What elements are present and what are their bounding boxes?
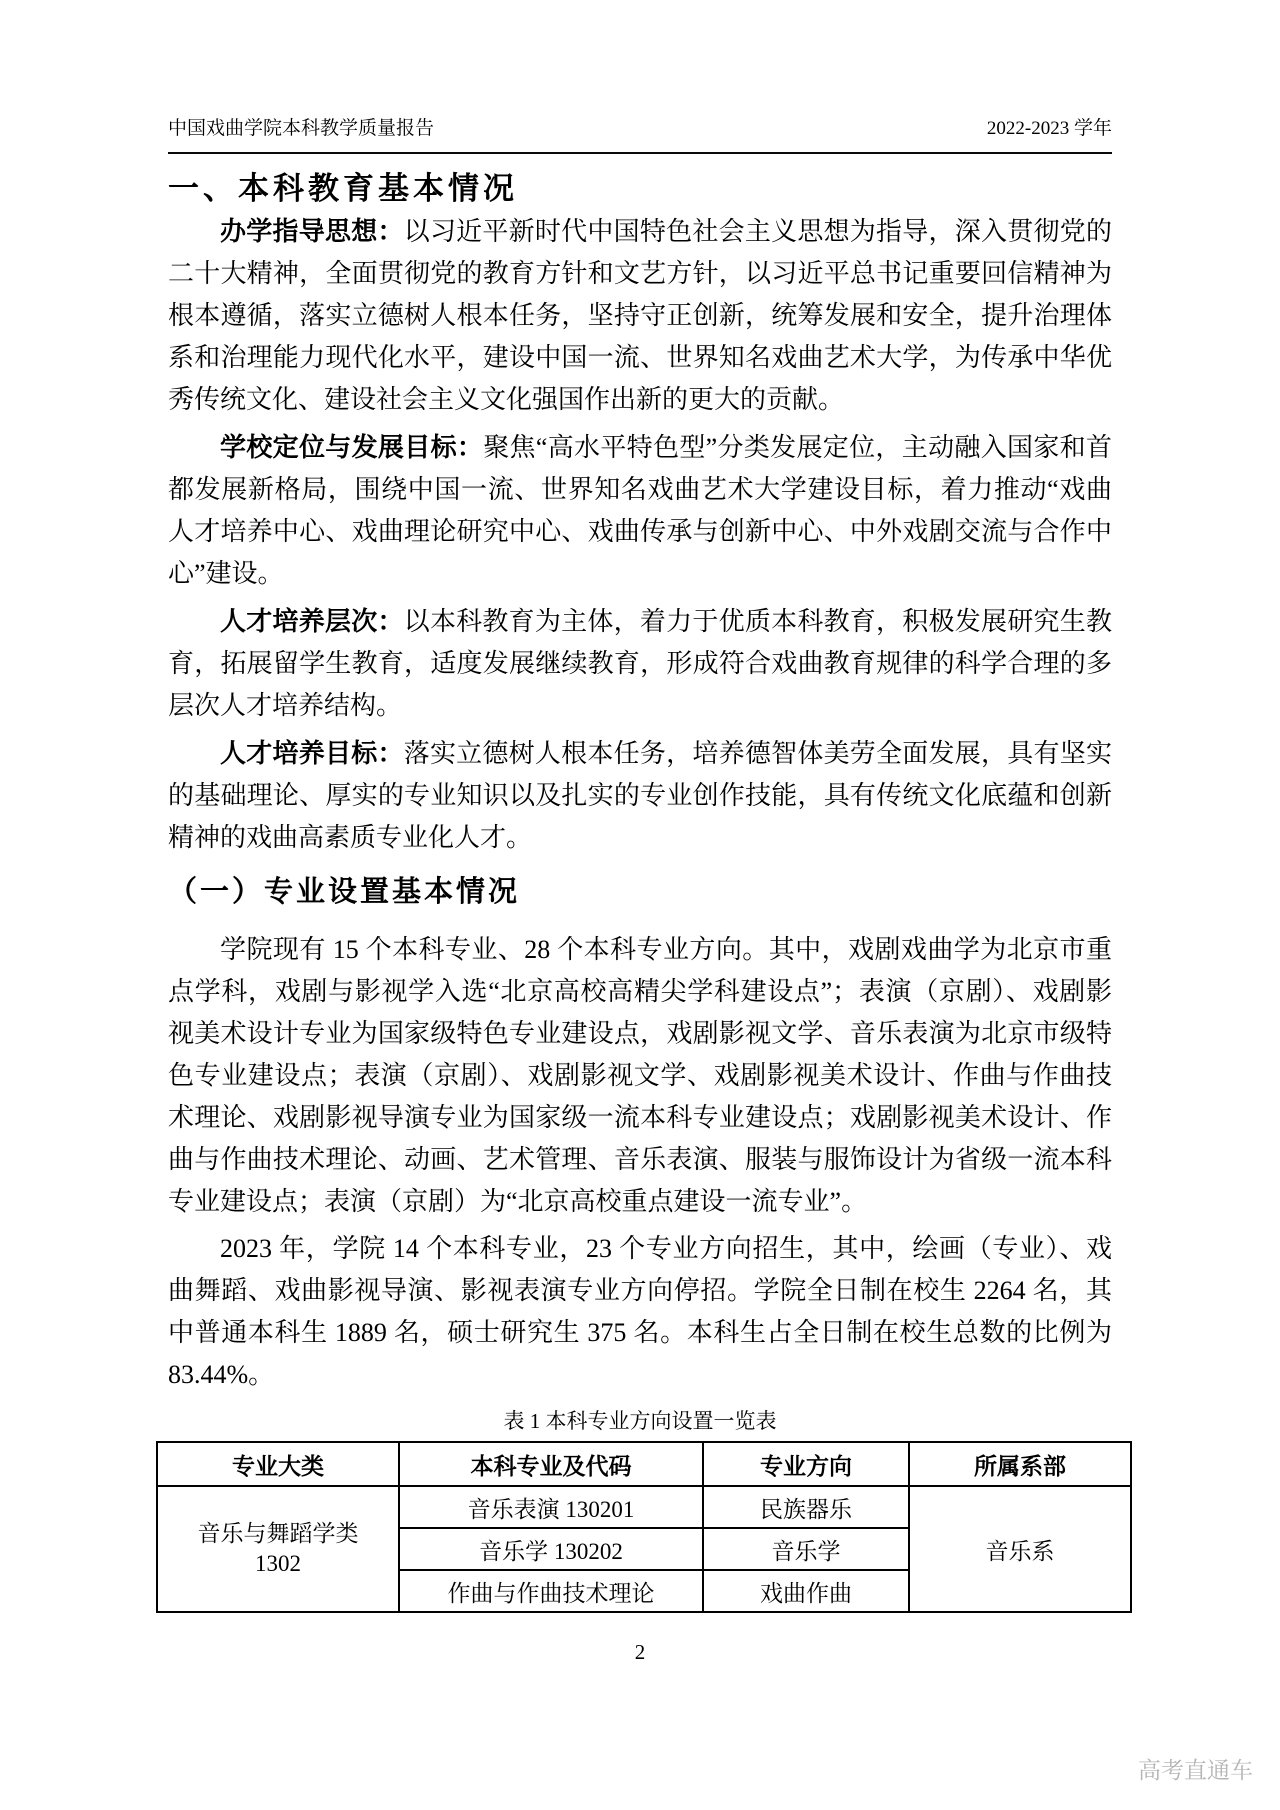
paragraph-positioning-goals: 学校定位与发展目标：聚焦“高水平特色型”分类发展定位，主动融入国家和首都发展新格… [168,426,1112,595]
col-header-direction: 专业方向 [703,1442,909,1486]
paragraph-text: 学院现有 15 个本科专业、28 个本科专业方向。其中，戏剧戏曲学为北京市重点学… [168,935,1112,1216]
paragraph-lead: 学校定位与发展目标： [220,432,483,462]
paragraph-guiding-ideology: 办学指导思想：以习近平新时代中国特色社会主义思想为指导，深入贯彻党的二十大精神，… [168,210,1112,421]
document-page: 中国戏曲学院本科教学质量报告 2022-2023 学年 一、本科教育基本情况 办… [0,0,1280,1810]
paragraph-lead: 办学指导思想： [220,216,404,246]
paragraph-text: 2023 年，学院 14 个本科专业，23 个专业方向招生，其中，绘画（专业）、… [168,1234,1112,1389]
table-caption: 表 1 本科专业方向设置一览表 [168,1408,1112,1435]
paragraph-enrollment-2023: 2023 年，学院 14 个本科专业，23 个专业方向招生，其中，绘画（专业）、… [168,1228,1112,1396]
table-row: 音乐与舞蹈学类 1302 音乐表演 130201 民族器乐 音乐系 [157,1486,1131,1528]
running-header-title: 中国戏曲学院本科教学质量报告 [168,116,434,141]
running-header-term: 2022-2023 学年 [987,116,1112,141]
cell-category-group: 音乐与舞蹈学类 1302 [157,1486,399,1612]
paragraph-majors-overview: 学院现有 15 个本科专业、28 个本科专业方向。其中，戏剧戏曲学为北京市重点学… [168,929,1112,1223]
running-header: 中国戏曲学院本科教学质量报告 2022-2023 学年 [168,0,1112,141]
cell-direction: 民族器乐 [703,1486,909,1528]
paragraph-training-objectives: 人才培养目标：落实立德树人根本任务，培养德智体美劳全面发展，具有坚实的基础理论、… [168,732,1112,859]
paragraph-text: 以习近平新时代中国特色社会主义思想为指导，深入贯彻党的二十大精神，全面贯彻党的教… [168,217,1112,414]
table-header-row: 专业大类 本科专业及代码 专业方向 所属系部 [157,1442,1131,1486]
watermark-text: 高考直通车 [1138,1756,1253,1784]
cell-major: 音乐表演 130201 [399,1486,703,1528]
majors-table: 专业大类 本科专业及代码 专业方向 所属系部 音乐与舞蹈学类 1302 音乐表演… [156,1441,1132,1613]
cell-direction: 戏曲作曲 [703,1570,909,1612]
paragraph-training-levels: 人才培养层次：以本科教育为主体，着力于优质本科教育，积极发展研究生教育，拓展留学… [168,600,1112,727]
cell-major: 作曲与作曲技术理论 [399,1570,703,1612]
col-header-department: 所属系部 [909,1442,1131,1486]
section-title: 一、本科教育基本情况 [168,168,1112,210]
category-group-code: 1302 [162,1549,394,1579]
header-divider [168,152,1112,154]
col-header-category: 专业大类 [157,1442,399,1486]
cell-department: 音乐系 [909,1486,1131,1612]
col-header-major-code: 本科专业及代码 [399,1442,703,1486]
page-content: 中国戏曲学院本科教学质量报告 2022-2023 学年 一、本科教育基本情况 办… [168,0,1112,1665]
cell-direction: 音乐学 [703,1528,909,1570]
cell-major: 音乐学 130202 [399,1528,703,1570]
paragraph-lead: 人才培养目标： [220,738,404,768]
paragraph-lead: 人才培养层次： [220,606,404,636]
page-number: 2 [168,1639,1112,1665]
subsection-title: （一）专业设置基本情况 [168,871,1112,913]
category-group-name: 音乐与舞蹈学类 [162,1519,394,1549]
